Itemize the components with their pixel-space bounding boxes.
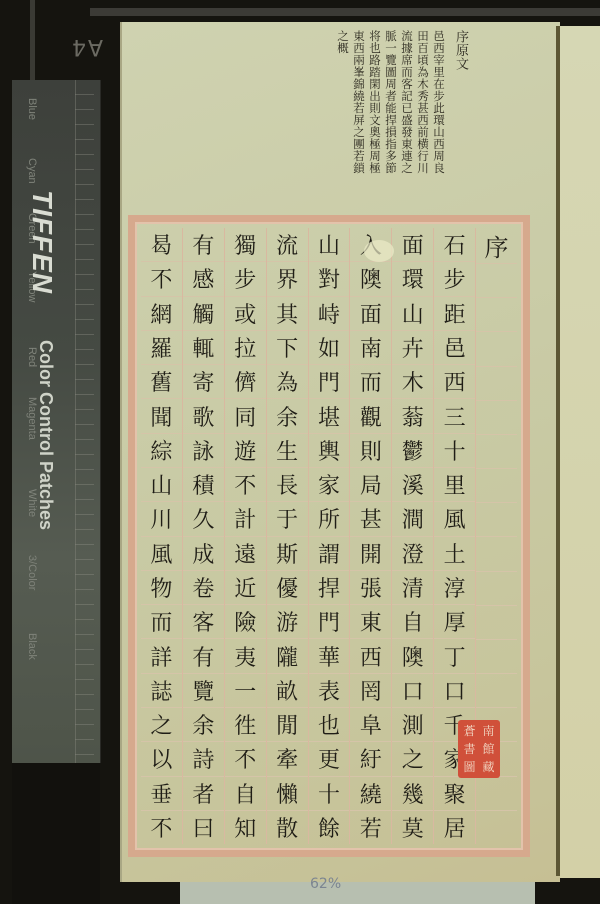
character-cell (476, 536, 517, 570)
character-cell: 十 (309, 776, 350, 810)
character-cell: 距 (434, 296, 475, 330)
character-cell (476, 400, 517, 434)
ruler-scale (75, 80, 94, 763)
character-cell: 積 (183, 467, 224, 501)
character-cell: 阜 (350, 707, 391, 741)
patch-black: Black (26, 633, 38, 693)
character-cell: 自 (392, 604, 433, 638)
character-cell: 者 (183, 776, 224, 810)
character-cell: 張 (350, 570, 391, 604)
character-cell (476, 776, 517, 810)
character-cell: 十 (434, 433, 475, 467)
character-cell: 南 (350, 330, 391, 364)
character-cell: 寄 (183, 364, 224, 398)
character-cell: 隴 (267, 638, 308, 672)
character-cell: 土 (434, 536, 475, 570)
character-cell: 三 (434, 398, 475, 432)
character-cell: 幾 (392, 776, 433, 810)
character-cell (476, 434, 517, 468)
character-cell: 余 (183, 707, 224, 741)
character-cell: 之 (141, 707, 182, 741)
character-cell: 峙 (309, 296, 350, 330)
character-cell: 垂 (141, 776, 182, 810)
frame-size-label: A4 (70, 34, 103, 59)
character-cell: 而 (141, 604, 182, 638)
character-cell: 一 (225, 673, 266, 707)
character-cell: 則 (350, 433, 391, 467)
character-cell (476, 297, 517, 331)
character-cell: 步 (434, 261, 475, 295)
character-cell: 以 (141, 741, 182, 775)
character-cell: 儕 (225, 364, 266, 398)
character-cell: 步 (225, 261, 266, 295)
character-cell: 卷 (183, 570, 224, 604)
annotation-line: 将也路踏閑出則文奧極周極 (368, 30, 381, 210)
character-cell: 居 (434, 810, 475, 844)
character-cell: 余 (267, 398, 308, 432)
character-cell: 輿 (309, 433, 350, 467)
seal-char: 蒼 (460, 722, 479, 740)
character-cell: 甚 (350, 501, 391, 535)
character-cell: 不 (225, 741, 266, 775)
character-cell: 觀 (350, 398, 391, 432)
character-cell: 溪 (392, 467, 433, 501)
paper-stain (364, 240, 394, 262)
character-cell: 于 (267, 501, 308, 535)
character-cell (476, 366, 517, 400)
character-cell: 不 (141, 261, 182, 295)
color-control-chart: Blue Cyan Green Yellow Red Magenta White… (12, 80, 101, 763)
handwritten-annotation: 序原文 邑西宰里在步此環山西周良 田百頃為木秀甚西前横行川 流據席而客記已盛發東… (336, 30, 467, 210)
character-cell: 更 (309, 741, 350, 775)
character-cell: 聚 (434, 776, 475, 810)
character-cell: 不 (225, 467, 266, 501)
character-cell: 所 (309, 501, 350, 535)
text-column: 入隩面南而觀則局甚開張東西罔阜紆繞若 (349, 228, 391, 844)
character-cell: 久 (183, 501, 224, 535)
text-column: 獨步或拉儕同遊不計遠近險夷一徃不自知 (224, 228, 266, 844)
character-cell: 罔 (350, 673, 391, 707)
character-cell: 山 (309, 228, 350, 261)
character-cell: 堪 (309, 398, 350, 432)
character-cell: 有 (183, 638, 224, 672)
character-cell: 牽 (267, 741, 308, 775)
character-cell (476, 263, 517, 297)
character-cell: 險 (225, 604, 266, 638)
character-cell: 餘 (309, 810, 350, 844)
character-cell: 聞 (141, 398, 182, 432)
character-cell: 遊 (225, 433, 266, 467)
character-cell: 夷 (225, 638, 266, 672)
character-cell: 詳 (141, 638, 182, 672)
preface-title: 序 (476, 228, 517, 263)
patch-3color: 3/Color (26, 555, 38, 633)
chart-title: Color Control Patches (35, 340, 56, 530)
character-cell: 西 (434, 364, 475, 398)
annotation-line: 田百頃為木秀甚西前横行川 (416, 30, 429, 210)
character-cell (476, 331, 517, 365)
character-cell: 如 (309, 330, 350, 364)
character-cell: 生 (267, 433, 308, 467)
annotation-line: 流據席而客記已盛發東連之 (400, 30, 413, 210)
character-cell: 山 (141, 467, 182, 501)
text-column: 面環山卉木蓊鬱溪澗澄清自隩口測之幾莫 (391, 228, 433, 844)
character-cell: 局 (350, 467, 391, 501)
character-cell: 有 (183, 228, 224, 261)
character-cell: 開 (350, 536, 391, 570)
character-cell: 其 (267, 296, 308, 330)
character-cell: 曷 (141, 228, 182, 261)
character-cell: 東 (350, 604, 391, 638)
character-cell: 測 (392, 707, 433, 741)
character-cell: 誌 (141, 673, 182, 707)
background-shadow (12, 763, 100, 904)
character-cell: 家 (309, 467, 350, 501)
character-cell: 紆 (350, 741, 391, 775)
character-cell: 華 (309, 638, 350, 672)
patch-blue: Blue (26, 98, 38, 158)
adjacent-page (560, 26, 600, 878)
character-cell: 邑 (434, 330, 475, 364)
character-cell: 為 (267, 364, 308, 398)
character-cell: 斯 (267, 536, 308, 570)
character-cell: 鬱 (392, 433, 433, 467)
character-cell: 或 (225, 296, 266, 330)
character-cell: 捍 (309, 570, 350, 604)
character-cell: 隩 (350, 261, 391, 295)
character-cell: 拉 (225, 330, 266, 364)
seal-char: 南 (479, 722, 498, 740)
slip-note: 62% (310, 876, 341, 892)
character-cell: 歌 (183, 398, 224, 432)
chart-brand: TIFFEN (26, 190, 58, 294)
character-cell: 丁 (434, 638, 475, 672)
character-cell: 畝 (267, 673, 308, 707)
character-cell (476, 468, 517, 502)
character-cell: 優 (267, 570, 308, 604)
character-cell: 計 (225, 501, 266, 535)
annotation-line: 邑西宰里在步此環山西周良 (432, 30, 445, 210)
character-cell: 門 (309, 364, 350, 398)
character-cell: 詠 (183, 433, 224, 467)
character-cell: 風 (141, 536, 182, 570)
character-cell (476, 502, 517, 536)
character-cell: 閒 (267, 707, 308, 741)
character-cell: 石 (434, 228, 475, 261)
character-cell (476, 571, 517, 605)
character-cell: 口 (392, 673, 433, 707)
character-cell: 曰 (183, 810, 224, 844)
character-cell: 對 (309, 261, 350, 295)
text-column: 有感觸輒寄歌詠積久成卷客有覽余詩者曰 (182, 228, 224, 844)
character-cell: 遠 (225, 536, 266, 570)
seal-char: 圖 (460, 758, 479, 776)
character-cell: 懶 (267, 776, 308, 810)
character-cell: 而 (350, 364, 391, 398)
character-cell: 厚 (434, 604, 475, 638)
character-cell: 也 (309, 707, 350, 741)
character-cell: 輒 (183, 330, 224, 364)
character-cell: 環 (392, 261, 433, 295)
character-cell: 謂 (309, 536, 350, 570)
character-cell: 莫 (392, 810, 433, 844)
character-cell (476, 639, 517, 673)
character-cell: 若 (350, 810, 391, 844)
character-cell: 卉 (392, 330, 433, 364)
seal-char: 館 (479, 740, 498, 758)
character-cell: 觸 (183, 296, 224, 330)
text-column: 流界其下為余生長于斯優游隴畝閒牽懶散 (266, 228, 308, 844)
character-cell: 澄 (392, 536, 433, 570)
character-cell: 繞 (350, 776, 391, 810)
annotation-line: 脈一覽圖周者能捍損指多節 (384, 30, 397, 210)
character-cell: 網 (141, 296, 182, 330)
character-cell: 面 (350, 296, 391, 330)
character-cell: 山 (392, 296, 433, 330)
character-cell: 口 (434, 673, 475, 707)
scanner-frame-top (90, 8, 600, 16)
character-cell (476, 673, 517, 707)
character-cell: 長 (267, 467, 308, 501)
character-cell: 詩 (183, 741, 224, 775)
character-cell: 隩 (392, 638, 433, 672)
character-cell: 獨 (225, 228, 266, 261)
character-cell: 風 (434, 501, 475, 535)
character-cell: 之 (392, 741, 433, 775)
character-cell: 表 (309, 673, 350, 707)
bottom-paper-slip: 62% (180, 882, 535, 904)
character-cell: 綜 (141, 433, 182, 467)
character-cell (476, 605, 517, 639)
character-cell: 散 (267, 810, 308, 844)
character-cell: 近 (225, 570, 266, 604)
character-cell: 淳 (434, 570, 475, 604)
character-cell: 川 (141, 501, 182, 535)
character-cell: 蓊 (392, 398, 433, 432)
text-column: 山對峙如門堪輿家所謂捍門華表也更十餘 (308, 228, 350, 844)
character-cell: 知 (225, 810, 266, 844)
character-cell: 流 (267, 228, 308, 261)
character-cell: 門 (309, 604, 350, 638)
character-cell: 羅 (141, 330, 182, 364)
character-cell: 木 (392, 364, 433, 398)
character-cell: 面 (392, 228, 433, 261)
character-cell: 里 (434, 467, 475, 501)
character-cell: 西 (350, 638, 391, 672)
collector-seal: 蒼 南 書 館 圖 藏 (458, 720, 500, 778)
annotation-line: 東西兩峯錦繞若屏之團若鎖 (352, 30, 365, 210)
character-cell: 游 (267, 604, 308, 638)
character-cell: 自 (225, 776, 266, 810)
character-cell: 覽 (183, 673, 224, 707)
character-cell: 徃 (225, 707, 266, 741)
annotation-title: 序原文 (454, 30, 467, 210)
character-cell (476, 810, 517, 844)
character-cell: 舊 (141, 364, 182, 398)
scanner-frame-left (30, 0, 35, 80)
character-cell: 下 (267, 330, 308, 364)
annotation-line: 之概 (336, 30, 349, 210)
character-cell: 客 (183, 604, 224, 638)
character-cell: 澗 (392, 501, 433, 535)
character-cell: 清 (392, 570, 433, 604)
seal-char: 書 (460, 740, 479, 758)
character-cell: 界 (267, 261, 308, 295)
character-cell: 感 (183, 261, 224, 295)
character-cell: 成 (183, 536, 224, 570)
text-column: 曷不網羅舊聞綜山川風物而詳誌之以垂不 (141, 228, 182, 844)
character-cell: 不 (141, 810, 182, 844)
character-cell: 同 (225, 398, 266, 432)
character-cell: 物 (141, 570, 182, 604)
seal-char: 藏 (479, 758, 498, 776)
